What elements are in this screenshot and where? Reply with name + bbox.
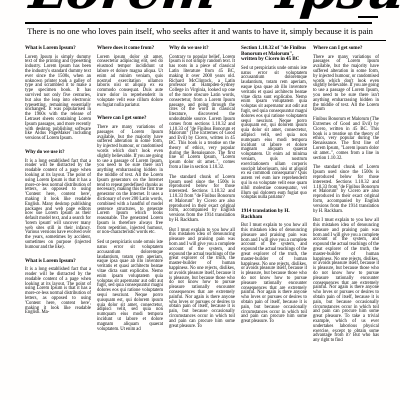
section-heading-1914-translation: 1914 translation by H. Rackham (241, 209, 307, 220)
paragraph: Contrary to popular belief, Lorem Ipsum … (169, 56, 235, 171)
paragraph: Lorem ipsum dolor sit amet, consectetur … (97, 56, 163, 109)
paragraph: Sed ut perspiciatis unde omnis iste natu… (97, 241, 163, 332)
column-5: Where can I get some? There are many var… (313, 45, 379, 400)
top-rule (25, 22, 372, 24)
section-heading-where-get: Where can I get some? (97, 116, 163, 122)
paragraph: The standard chunk of Lorem Ipsum used s… (313, 166, 379, 214)
section-heading-what-is: What is Lorem Ipsum? (25, 46, 91, 52)
title-flourish (358, 16, 378, 18)
paragraph: But I must explain to you how all this m… (313, 219, 379, 344)
section-heading-section-11032: Section 1.10.32 of "de Finibus Bonorum e… (241, 46, 307, 63)
column-3: Why do we use it? Contrary to popular be… (169, 45, 235, 400)
paragraph: The standard chunk of Lorem Ipsum used s… (169, 176, 235, 224)
page-title-script: Lorem Ipsum (27, 0, 400, 21)
paragraph: Lorem Ipsum is simply dummy text of the … (25, 56, 91, 142)
column-2: Where does it come from? Lorem ipsum dol… (97, 45, 163, 400)
paragraph: Finibus Bonorum et Malorum (The Extremes… (313, 118, 379, 161)
section-heading-where-from: Where does it come from? (97, 46, 163, 52)
paragraph: There are many variations of passages of… (313, 56, 379, 114)
section-heading-why-use: Why do we use it? (25, 150, 91, 156)
tagline-rule (130, 40, 386, 41)
paragraph: But I must explain to you how all this m… (169, 229, 235, 330)
section-heading-where-get: Where can I get some? (313, 46, 379, 52)
column-layout: What is Lorem Ipsum? Lorem Ipsum is simp… (25, 45, 379, 400)
masthead: Lorem Ipsum (0, 0, 400, 21)
paragraph: But I must explain to you how all this m… (241, 224, 307, 325)
tagline: There is no one who loves pain itself, w… (22, 26, 378, 36)
paragraph: It is a long established fact that a rea… (25, 268, 91, 316)
document-page: Lorem Ipsum There is no one who loves pa… (0, 0, 400, 400)
paragraph: It is a long established fact that a rea… (25, 160, 91, 251)
section-heading-what-is-repeat: What is Lorem Ipsum? (25, 259, 91, 265)
column-1: What is Lorem Ipsum? Lorem Ipsum is simp… (25, 45, 91, 400)
paragraph: There are many variations of passages of… (97, 126, 163, 236)
section-heading-why-use: Why do we use it? (169, 46, 235, 52)
paragraph: Sed ut perspiciatis unde omnis iste natu… (241, 67, 307, 201)
column-4: Section 1.10.32 of "de Finibus Bonorum e… (241, 45, 307, 400)
